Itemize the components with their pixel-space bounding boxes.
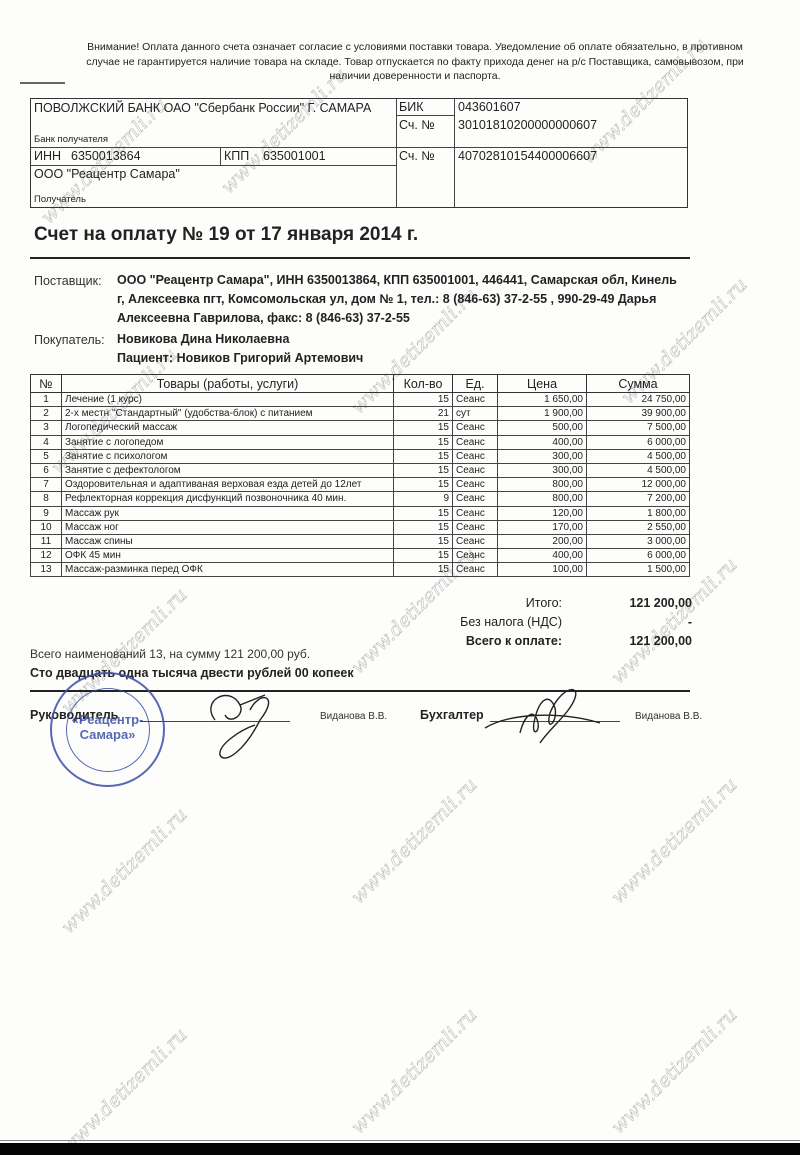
col-name-header: Товары (работы, услуги): [62, 375, 394, 393]
row-sum: 39 900,00: [587, 407, 690, 421]
row-unit: сут: [453, 407, 498, 421]
table-row: 13Массаж-разминка перед ОФК15Сеанс100,00…: [31, 563, 690, 577]
watermark-text: www.detizemli.ru: [347, 1004, 482, 1139]
row-price: 120,00: [498, 506, 587, 520]
watermark-text: www.detizemli.ru: [347, 774, 482, 909]
row-price: 1 650,00: [498, 393, 587, 407]
inn-label: ИНН: [34, 149, 61, 163]
row-number: 11: [31, 534, 62, 548]
row-number: 4: [31, 435, 62, 449]
bank-details-box: ПОВОЛЖСКИЙ БАНК ОАО "Сбербанк России" Г.…: [30, 98, 688, 208]
row-item-name: ОФК 45 мин: [62, 549, 394, 563]
table-row: 5Занятие с психологом15Сеанс300,004 500,…: [31, 449, 690, 463]
row-price: 800,00: [498, 478, 587, 492]
row-price: 300,00: [498, 463, 587, 477]
table-row: 3Логопедический массаж15Сеанс500,007 500…: [31, 421, 690, 435]
col-number-header: №: [31, 375, 62, 393]
table-row: 8Рефлекторная коррекция дисфункций позво…: [31, 492, 690, 506]
row-unit: Сеанс: [453, 492, 498, 506]
row-item-name: Занятие с психологом: [62, 449, 394, 463]
bik-value: 043601607: [458, 100, 521, 114]
row-unit: Сеанс: [453, 463, 498, 477]
row-item-name: Занятие с дефектологом: [62, 463, 394, 477]
row-price: 200,00: [498, 534, 587, 548]
row-sum: 24 750,00: [587, 393, 690, 407]
row-sum: 7 500,00: [587, 421, 690, 435]
row-sum: 1 800,00: [587, 506, 690, 520]
row-number: 12: [31, 549, 62, 563]
accountant-signature: [480, 683, 610, 753]
row-unit: Сеанс: [453, 534, 498, 548]
recipient-caption: Получатель: [34, 194, 86, 205]
row-number: 13: [31, 563, 62, 577]
table-row: 6Занятие с дефектологом15Сеанс300,004 50…: [31, 463, 690, 477]
bik-label: БИК: [399, 100, 423, 114]
row-quantity: 15: [394, 421, 453, 435]
row-quantity: 15: [394, 563, 453, 577]
row-unit: Сеанс: [453, 435, 498, 449]
row-quantity: 15: [394, 449, 453, 463]
row-price: 1 900,00: [498, 407, 587, 421]
total-label: Итого:: [526, 596, 562, 610]
scan-bottom-band: [0, 1143, 800, 1155]
row-price: 500,00: [498, 421, 587, 435]
items-table: № Товары (работы, услуги) Кол-во Ед. Цен…: [30, 374, 690, 577]
row-unit: Сеанс: [453, 393, 498, 407]
row-quantity: 15: [394, 549, 453, 563]
row-item-name: Массаж ног: [62, 520, 394, 534]
inn-value: 6350013864: [71, 149, 141, 163]
patient-name: Пациент: Новиков Григорий Артемович: [117, 349, 363, 368]
table-row: 9Массаж рук15Сеанс120,001 800,00: [31, 506, 690, 520]
bank-caption: Банк получателя: [34, 134, 108, 145]
col-price-header: Цена: [498, 375, 587, 393]
stamp-text-line2: Самара»: [52, 727, 163, 742]
row-sum: 2 550,00: [587, 520, 690, 534]
supplier-label: Поставщик:: [34, 274, 102, 288]
vat-label: Без налога (НДС): [460, 615, 562, 629]
row-number: 6: [31, 463, 62, 477]
table-row: 12ОФК 45 мин15Сеанс400,006 000,00: [31, 549, 690, 563]
row-number: 9: [31, 506, 62, 520]
row-number: 3: [31, 421, 62, 435]
account-label: Сч. №: [399, 149, 435, 163]
row-item-name: Занятие с логопедом: [62, 435, 394, 449]
row-price: 170,00: [498, 520, 587, 534]
row-price: 400,00: [498, 549, 587, 563]
row-quantity: 15: [394, 534, 453, 548]
row-item-name: Массаж спины: [62, 534, 394, 548]
row-price: 800,00: [498, 492, 587, 506]
row-sum: 4 500,00: [587, 463, 690, 477]
row-sum: 1 500,00: [587, 563, 690, 577]
row-sum: 12 000,00: [587, 478, 690, 492]
total-value: 121 200,00: [629, 596, 692, 610]
watermark-text: www.detizemli.ru: [607, 774, 742, 909]
grand-total-label: Всего к оплате:: [466, 634, 562, 648]
watermark-text: www.detizemli.ru: [57, 804, 192, 939]
recipient-name: ООО "Реацентр Самара": [34, 167, 180, 181]
col-qty-header: Кол-во: [394, 375, 453, 393]
table-row: 11Массаж спины15Сеанс200,003 000,00: [31, 534, 690, 548]
corr-account-label: Сч. №: [399, 118, 435, 132]
row-item-name: 2-х местн "Стандартный" (удобства-блок) …: [62, 407, 394, 421]
table-row: 10Массаж ног15Сеанс170,002 550,00: [31, 520, 690, 534]
kpp-label: КПП: [224, 149, 249, 163]
items-count-summary: Всего наименований 13, на сумму 121 200,…: [30, 647, 310, 661]
row-sum: 4 500,00: [587, 449, 690, 463]
row-number: 5: [31, 449, 62, 463]
row-quantity: 21: [394, 407, 453, 421]
scan-mark: [20, 82, 65, 84]
payment-notice: Внимание! Оплата данного счета означает …: [70, 40, 760, 84]
row-unit: Сеанс: [453, 506, 498, 520]
row-number: 7: [31, 478, 62, 492]
watermark-text: www.detizemli.ru: [57, 1024, 192, 1155]
amount-in-words: Сто двадцать одна тысяча двести рублей 0…: [30, 666, 354, 680]
row-quantity: 15: [394, 393, 453, 407]
buyer-name: Новикова Дина Николаевна: [117, 330, 289, 349]
col-sum-header: Сумма: [587, 375, 690, 393]
row-unit: Сеанс: [453, 421, 498, 435]
buyer-label: Покупатель:: [34, 333, 105, 347]
row-quantity: 15: [394, 506, 453, 520]
row-number: 2: [31, 407, 62, 421]
table-row: 22-х местн "Стандартный" (удобства-блок)…: [31, 407, 690, 421]
account-value: 40702810154400006607: [458, 149, 597, 163]
scan-edge-line: [0, 1140, 800, 1141]
row-number: 10: [31, 520, 62, 534]
table-row: 1Лечение (1 курс)15Сеанс1 650,0024 750,0…: [31, 393, 690, 407]
col-unit-header: Ед.: [453, 375, 498, 393]
invoice-title: Счет на оплату № 19 от 17 января 2014 г.: [34, 224, 418, 246]
company-stamp: «Реацентр- Самара»: [50, 672, 165, 787]
row-item-name: Массаж-разминка перед ОФК: [62, 563, 394, 577]
vat-value: -: [688, 615, 692, 629]
row-price: 400,00: [498, 435, 587, 449]
watermark-text: www.detizemli.ru: [607, 1004, 742, 1139]
row-unit: Сеанс: [453, 449, 498, 463]
director-signature: [190, 680, 300, 770]
table-row: 4Занятие с логопедом15Сеанс400,006 000,0…: [31, 435, 690, 449]
row-unit: Сеанс: [453, 520, 498, 534]
row-item-name: Рефлекторная коррекция дисфункций позвон…: [62, 492, 394, 506]
accountant-label: Бухгалтер: [420, 708, 484, 722]
row-unit: Сеанс: [453, 563, 498, 577]
row-sum: 7 200,00: [587, 492, 690, 506]
row-number: 8: [31, 492, 62, 506]
row-sum: 3 000,00: [587, 534, 690, 548]
table-header-row: № Товары (работы, услуги) Кол-во Ед. Цен…: [31, 375, 690, 393]
kpp-value: 635001001: [263, 149, 326, 163]
row-price: 100,00: [498, 563, 587, 577]
corr-account-value: 30101810200000000607: [458, 118, 597, 132]
director-name: Виданова В.В.: [320, 711, 387, 722]
row-unit: Сеанс: [453, 549, 498, 563]
row-item-name: Лечение (1 курс): [62, 393, 394, 407]
row-unit: Сеанс: [453, 478, 498, 492]
row-quantity: 15: [394, 435, 453, 449]
row-quantity: 15: [394, 478, 453, 492]
row-quantity: 15: [394, 463, 453, 477]
row-number: 1: [31, 393, 62, 407]
row-sum: 6 000,00: [587, 435, 690, 449]
row-item-name: Логопедический массаж: [62, 421, 394, 435]
row-item-name: Оздоровительная и адаптиваная верховая е…: [62, 478, 394, 492]
bank-name: ПОВОЛЖСКИЙ БАНК ОАО "Сбербанк России" Г.…: [34, 100, 394, 117]
accountant-name: Виданова В.В.: [635, 711, 702, 722]
row-quantity: 9: [394, 492, 453, 506]
row-price: 300,00: [498, 449, 587, 463]
supplier-details: ООО "Реацентр Самара", ИНН 6350013864, К…: [117, 271, 687, 328]
table-row: 7Оздоровительная и адаптиваная верховая …: [31, 478, 690, 492]
row-quantity: 15: [394, 520, 453, 534]
row-item-name: Массаж рук: [62, 506, 394, 520]
title-divider: [30, 257, 690, 259]
row-sum: 6 000,00: [587, 549, 690, 563]
stamp-text-line1: «Реацентр-: [52, 712, 163, 727]
grand-total-value: 121 200,00: [629, 634, 692, 648]
